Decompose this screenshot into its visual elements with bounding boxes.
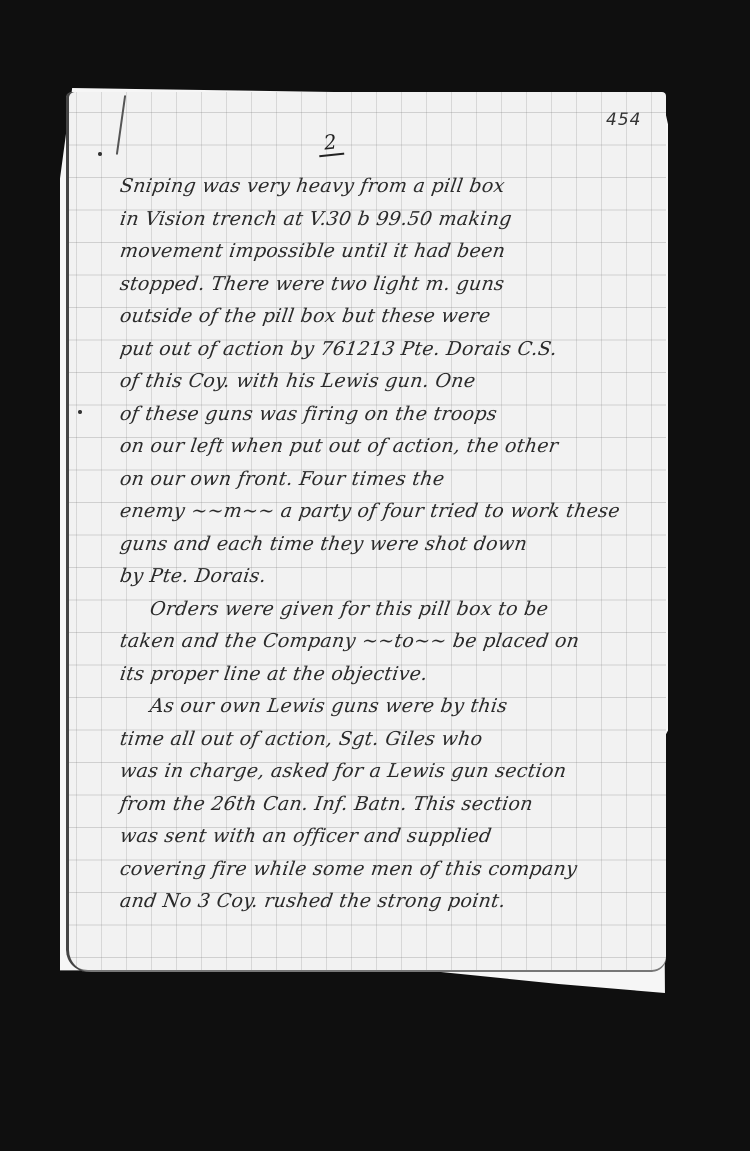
text-line: taken and the Company ~~to~~ be placed o… <box>118 625 663 658</box>
text-line: stopped. There were two light m. guns <box>118 268 663 301</box>
text-line: put out of action by 761213 Pte. Dorais … <box>118 333 663 366</box>
text-line: from the 26th Can. Inf. Batn. This secti… <box>118 788 663 821</box>
text-line: and No 3 Coy. rushed the strong point. <box>118 885 663 918</box>
text-line: was sent with an officer and supplied <box>118 820 663 853</box>
text-line: on our own front. Four times the <box>118 463 663 496</box>
text-line: guns and each time they were shot down <box>118 528 663 561</box>
margin-dot <box>98 152 102 156</box>
text-line: covering fire while some men of this com… <box>118 853 663 886</box>
text-line: time all out of action, Sgt. Giles who <box>118 723 663 756</box>
text-line: of this Coy. with his Lewis gun. One <box>118 365 663 398</box>
margin-dot <box>78 410 82 414</box>
text-line: of these guns was firing on the troops <box>118 398 663 431</box>
text-line: by Pte. Dorais. <box>118 560 663 593</box>
text-line: in Vision trench at V.30 b 99.50 making <box>118 203 663 236</box>
text-line: Sniping was very heavy from a pill box <box>118 170 663 203</box>
text-line: its proper line at the objective. <box>118 658 663 691</box>
page-number: 454 <box>606 110 641 130</box>
section-number: 2 <box>317 129 344 157</box>
text-line: As our own Lewis guns were by this <box>118 690 663 723</box>
text-line: was in charge, asked for a Lewis gun sec… <box>118 755 663 788</box>
text-line: on our left when put out of action, the … <box>118 430 663 463</box>
text-line: Orders were given for this pill box to b… <box>118 593 663 626</box>
handwritten-text-body: Sniping was very heavy from a pill box i… <box>120 170 660 918</box>
text-line: outside of the pill box but these were <box>118 300 663 333</box>
text-line: enemy ~~m~~ a party of four tried to wor… <box>118 495 663 528</box>
text-line: movement impossible until it had been <box>118 235 663 268</box>
